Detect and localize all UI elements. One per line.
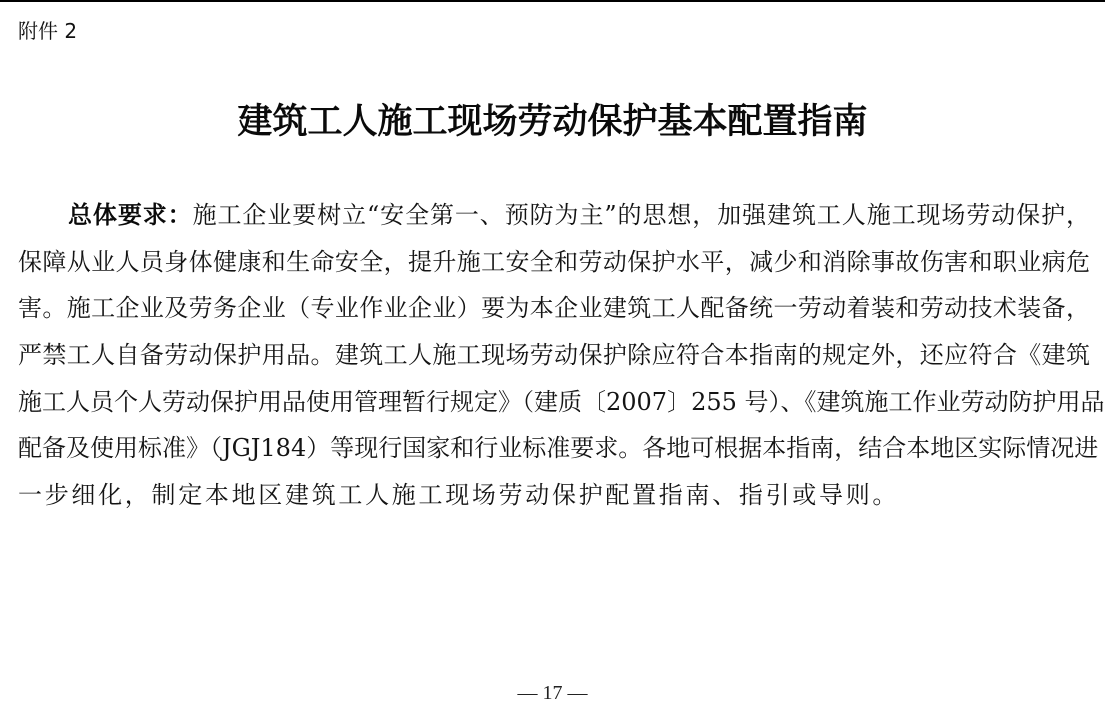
body-line-3: 害。施工企业及劳务企业（专业作业企业）要为本企业建筑工人配备统一劳动着装和劳动技… — [18, 285, 1090, 332]
body-line-6: 配备及使用标准》（JGJ184）等现行国家和行业标准要求。各地可根据本指南，结合… — [18, 425, 1090, 472]
body-line-text: 施工企业要树立“安全第一、预防为主”的思想，加强建筑工人施工现场劳动保护， — [193, 201, 1090, 229]
body-line-5: 施工人员个人劳动保护用品使用管理暂行规定》（建质〔2007〕255 号）、《建筑… — [18, 379, 1090, 426]
general-requirements-label: 总体要求： — [68, 201, 193, 229]
body-line-1: 总体要求：施工企业要树立“安全第一、预防为主”的思想，加强建筑工人施工现场劳动保… — [18, 192, 1090, 239]
body-line-7: 一步细化，制定本地区建筑工人施工现场劳动保护配置指南、指引或导则。 — [18, 472, 1090, 519]
document-title: 建筑工人施工现场劳动保护基本配置指南 — [0, 100, 1105, 144]
body-line-4: 严禁工人自备劳动保护用品。建筑工人施工现场劳动保护除应符合本指南的规定外，还应符… — [18, 332, 1090, 379]
body-line-2: 保障从业人员身体健康和生命安全，提升施工安全和劳动保护水平，减少和消除事故伤害和… — [18, 239, 1090, 286]
attachment-label: 附件 2 — [18, 18, 77, 44]
top-border-rule — [0, 0, 1105, 2]
document-body: 总体要求：施工企业要树立“安全第一、预防为主”的思想，加强建筑工人施工现场劳动保… — [18, 192, 1090, 519]
page-number: — 17 — — [0, 680, 1105, 706]
